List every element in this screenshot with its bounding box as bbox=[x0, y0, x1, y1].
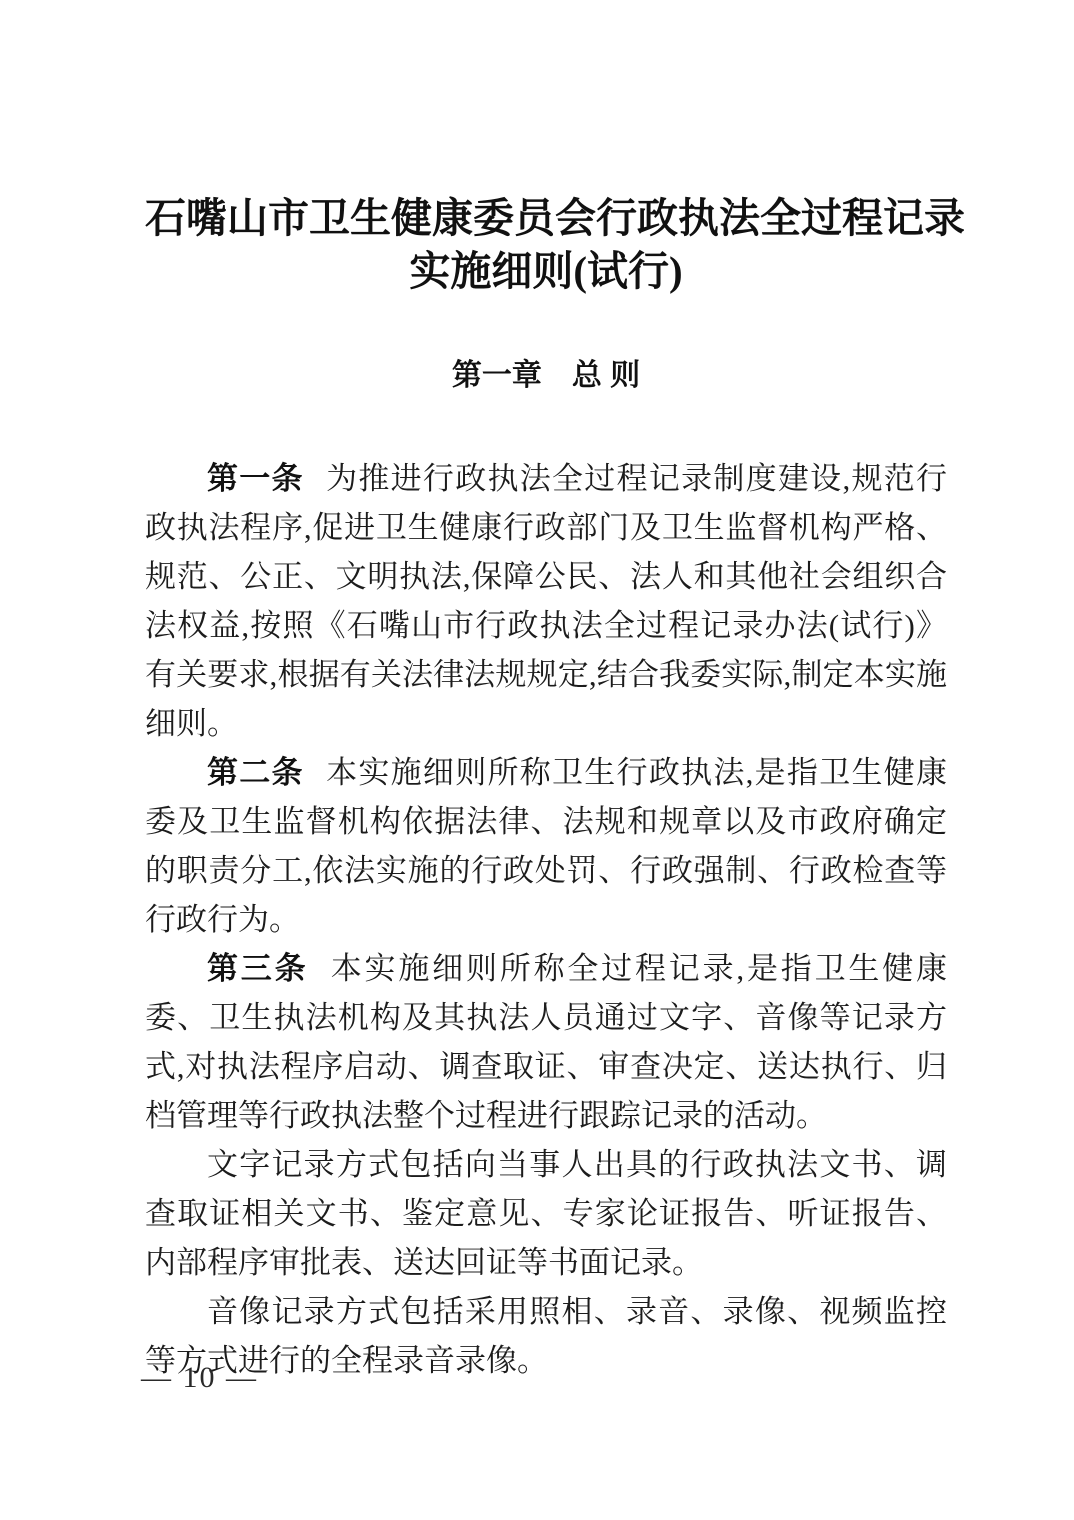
paragraph-5-text: 音像记录方式包括采用照相、录音、录像、视频监控等方式进行的全程录音录像。 bbox=[145, 1294, 947, 1378]
page-number: — 10 — bbox=[141, 1356, 258, 1400]
paragraph-av-records: 音像记录方式包括采用照相、录音、录像、视频监控等方式进行的全程录音录像。 bbox=[145, 1287, 947, 1385]
document-body: 第一条为推进行政执法全过程记录制度建设,规范行政执法程序,促进卫生健康行政部门及… bbox=[145, 454, 947, 1385]
document-title: 石嘴山市卫生健康委员会行政执法全过程记录 实施细则(试行) bbox=[145, 0, 947, 298]
article-2-number: 第二条 bbox=[207, 755, 304, 790]
paragraph-article-2: 第二条本实施细则所称卫生行政执法,是指卫生健康委及卫生监督机构依据法律、法规和规… bbox=[145, 748, 947, 944]
article-1-text: 为推进行政执法全过程记录制度建设,规范行政执法程序,促进卫生健康行政部门及卫生监… bbox=[145, 461, 947, 741]
article-3-number: 第三条 bbox=[207, 951, 308, 986]
document-content: 石嘴山市卫生健康委员会行政执法全过程记录 实施细则(试行) 第一章 总 则 第一… bbox=[145, 0, 947, 1385]
paragraph-text-records: 文字记录方式包括向当事人出具的行政执法文书、调查取证相关文书、鉴定意见、专家论证… bbox=[145, 1140, 947, 1287]
paragraph-article-3: 第三条本实施细则所称全过程记录,是指卫生健康委、卫生执法机构及其执法人员通过文字… bbox=[145, 944, 947, 1140]
document-title-line1: 石嘴山市卫生健康委员会行政执法全过程记录 bbox=[145, 192, 947, 245]
document-title-line2: 实施细则(试行) bbox=[145, 245, 947, 298]
paragraph-4-text: 文字记录方式包括向当事人出具的行政执法文书、调查取证相关文书、鉴定意见、专家论证… bbox=[145, 1147, 947, 1280]
document-page: 石嘴山市卫生健康委员会行政执法全过程记录 实施细则(试行) 第一章 总 则 第一… bbox=[0, 0, 1074, 1520]
chapter-heading: 第一章 总 则 bbox=[145, 356, 947, 396]
paragraph-article-1: 第一条为推进行政执法全过程记录制度建设,规范行政执法程序,促进卫生健康行政部门及… bbox=[145, 454, 947, 748]
article-1-number: 第一条 bbox=[207, 461, 304, 496]
